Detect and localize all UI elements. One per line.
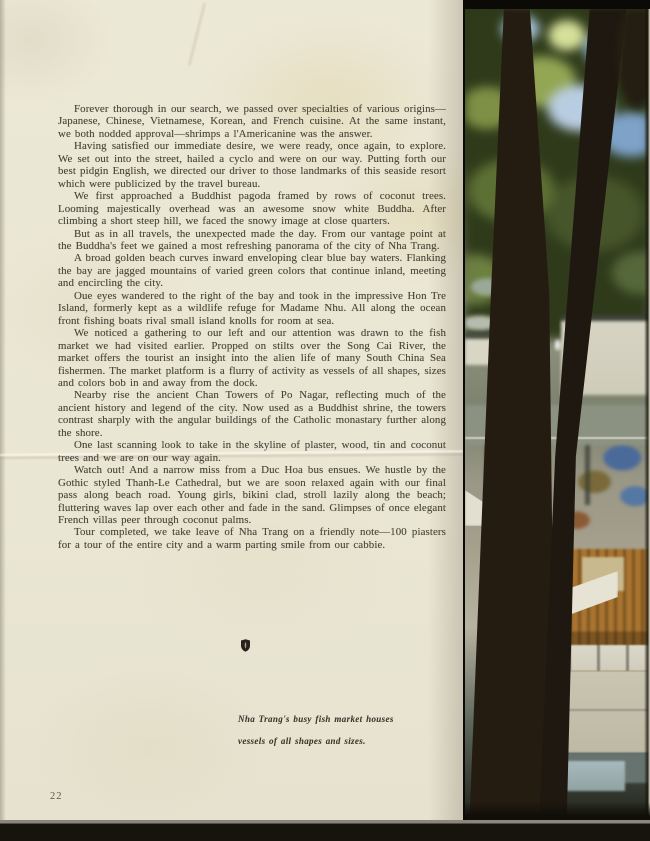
article-paragraph: Forever thorough in our search, we passe…: [58, 103, 446, 140]
article-end-mark-shield-icon: [241, 639, 250, 652]
scanned-page: Forever thorough in our search, we passe…: [0, 0, 650, 841]
photo-caption-line: vessels of all shapes and sizes.: [238, 730, 453, 752]
scan-bottom-edge: [0, 820, 650, 841]
article-text: Forever thorough in our search, we passe…: [58, 103, 446, 551]
article-paragraph: We noticed a gathering to our left and o…: [58, 327, 446, 389]
photo-bottom-shadow: [465, 802, 650, 822]
article-paragraph: But as in all travels, the unexpected ma…: [58, 228, 446, 253]
article-paragraph: A broad golden beach curves inward envel…: [58, 252, 446, 289]
article-paragraph: Watch out! And a narrow miss from a Duc …: [58, 464, 446, 526]
photo-caption-line: Nha Trang's busy fish market houses: [238, 708, 453, 730]
fish-market-photo: ET: [463, 0, 650, 828]
photo-frame: ET: [465, 9, 650, 822]
page-number: 22: [50, 791, 63, 802]
article-paragraph: One last scanning look to take in the sk…: [58, 439, 446, 464]
paper-left-edge: [0, 0, 6, 824]
photo-right-edge: [644, 9, 650, 822]
article-paragraph: We first approached a Buddhist pagoda fr…: [58, 190, 446, 227]
article-paragraph: Oue eyes wandered to the right of the ba…: [58, 290, 446, 327]
article-paragraph: Nearby rise the ancient Chan Towers of P…: [58, 389, 446, 439]
article-paragraph: Having satisfied our immediate desire, w…: [58, 140, 446, 190]
article-paragraph: Tour completed, we take leave of Nha Tra…: [58, 526, 446, 551]
photo-caption: Nha Trang's busy fish market housesvesse…: [238, 708, 453, 752]
